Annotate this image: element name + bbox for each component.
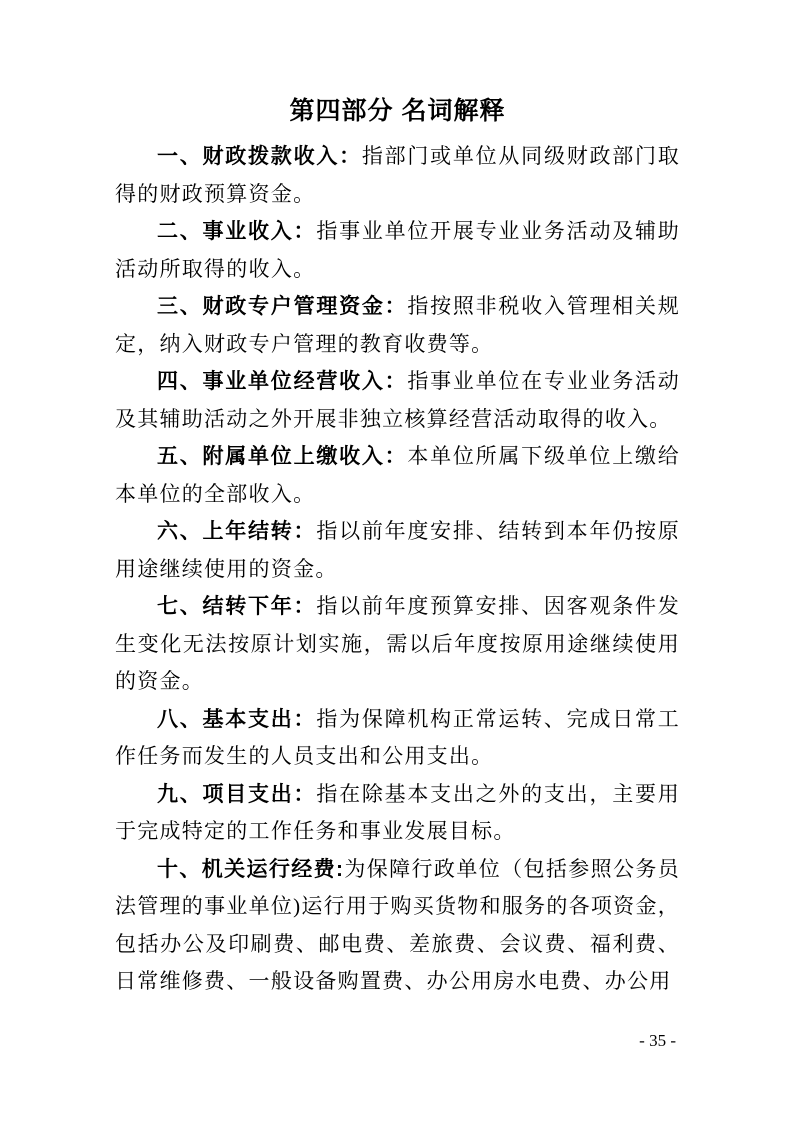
term-paragraph: 四、事业单位经营收入：指事业单位在专业业务活动及其辅助活动之外开展非独立核算经营…: [115, 363, 680, 438]
page-title: 第四部分 名词解释: [115, 92, 680, 130]
term-label: 四、事业单位经营收入：: [157, 370, 407, 393]
page-number: - 35 -: [639, 1030, 676, 1052]
term-paragraph: 五、附属单位上缴收入：本单位所属下级单位上缴给本单位的全部收入。: [115, 438, 680, 513]
term-paragraph: 十、机关运行经费:为保障行政单位（包括参照公务员法管理的事业单位)运行用于购买货…: [115, 851, 680, 1001]
term-label: 十、机关运行经费:: [157, 858, 344, 881]
term-label: 三、财政专户管理资金：: [157, 295, 407, 318]
term-paragraph: 二、事业收入：指事业单位开展专业业务活动及辅助活动所取得的收入。: [115, 213, 680, 288]
document-page: 第四部分 名词解释 一、财政拨款收入：指部门或单位从同级财政部门取得的财政预算资…: [0, 0, 794, 1122]
term-paragraph: 一、财政拨款收入：指部门或单位从同级财政部门取得的财政预算资金。: [115, 138, 680, 213]
term-label: 七、结转下年：: [157, 595, 316, 618]
term-label: 六、上年结转：: [157, 520, 316, 543]
term-paragraph: 三、财政专户管理资金：指按照非税收入管理相关规定，纳入财政专户管理的教育收费等。: [115, 288, 680, 363]
term-label: 五、附属单位上缴收入：: [157, 445, 407, 468]
term-label: 九、项目支出：: [157, 783, 316, 806]
term-paragraph: 八、基本支出：指为保障机构正常运转、完成日常工作任务而发生的人员支出和公用支出。: [115, 701, 680, 776]
term-paragraph: 九、项目支出：指在除基本支出之外的支出，主要用于完成特定的工作任务和事业发展目标…: [115, 776, 680, 851]
document-body: 一、财政拨款收入：指部门或单位从同级财政部门取得的财政预算资金。 二、事业收入：…: [115, 138, 680, 1001]
term-paragraph: 七、结转下年：指以前年度预算安排、因客观条件发生变化无法按原计划实施，需以后年度…: [115, 588, 680, 701]
term-label: 八、基本支出：: [157, 708, 316, 731]
term-label: 二、事业收入：: [157, 220, 316, 243]
term-paragraph: 六、上年结转：指以前年度安排、结转到本年仍按原用途继续使用的资金。: [115, 513, 680, 588]
term-label: 一、财政拨款收入：: [157, 145, 362, 168]
